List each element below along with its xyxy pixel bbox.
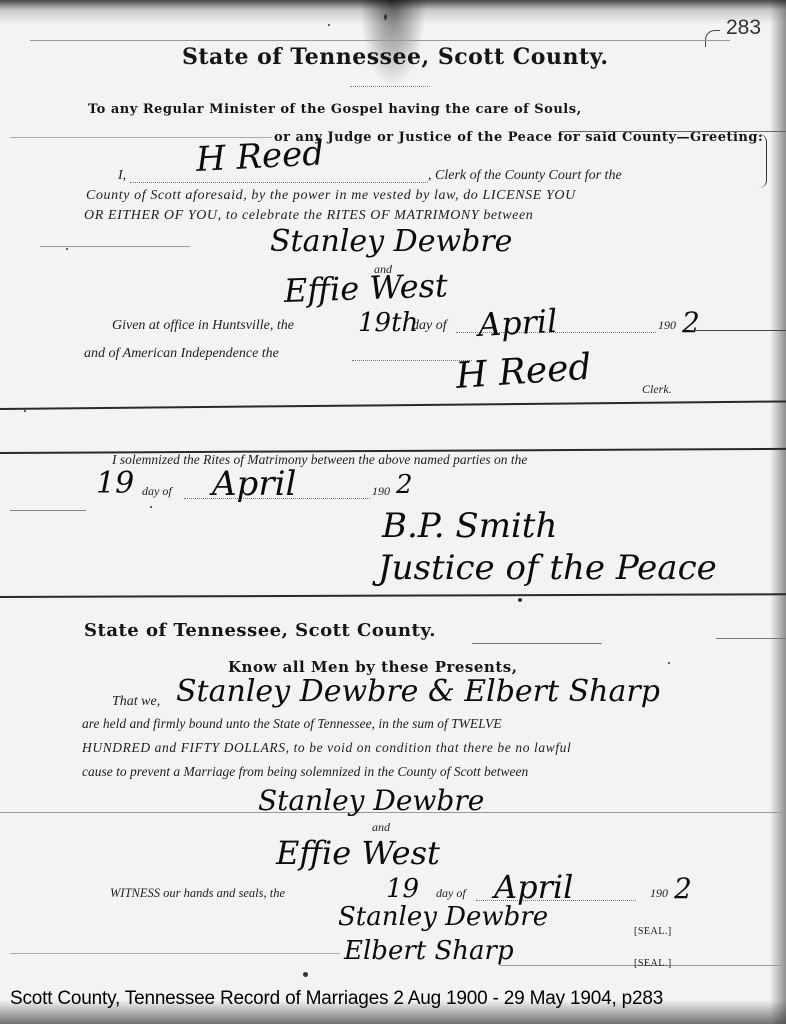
section-divider: [0, 593, 786, 598]
day-of-label: day of: [412, 318, 447, 334]
officiant-handwritten: B.P. Smith: [382, 506, 557, 546]
bond-title: State of Tennessee, Scott County.: [84, 620, 436, 641]
section-divider: [0, 400, 786, 410]
solemnization-year-prefix: 190: [372, 484, 390, 499]
rule: [472, 643, 602, 644]
bride-handwritten: Effie West: [283, 266, 448, 310]
witness-day-handwritten: 19: [386, 874, 419, 904]
bond-line-2: HUNDRED and FIFTY DOLLARS, to be void on…: [82, 740, 571, 756]
witness-prefix: WITNESS our hands and seals, the: [110, 886, 285, 901]
clerk-name-line: [130, 182, 428, 183]
signature-2-handwritten: Elbert Sharp: [344, 936, 514, 966]
rule: [10, 953, 340, 954]
speck: [384, 14, 387, 20]
given-year-prefix: 190: [658, 318, 676, 333]
given-prefix: Given at office in Huntsville, the: [112, 318, 294, 334]
given-month-handwritten: April: [477, 302, 558, 344]
greeting-line-2: or any Judge or Justice of the Peace for…: [274, 130, 763, 145]
marriage-record-page: 283 State of Tennessee, Scott County. To…: [0, 0, 786, 1024]
clerk-prefix: I,: [118, 168, 126, 184]
solemnization-statement: I solemnized the Rites of Matrimony betw…: [112, 452, 527, 468]
bond-line-3: cause to prevent a Marriage from being s…: [82, 764, 528, 780]
clerk-title: Clerk.: [642, 382, 672, 397]
bond-bride-handwritten: Effie West: [276, 834, 440, 872]
rule: [10, 510, 86, 511]
that-we-label: That we,: [112, 694, 160, 710]
groom-handwritten: Stanley Dewbre: [270, 224, 512, 259]
speck: [518, 598, 522, 602]
page-number-mark: [705, 30, 720, 47]
solemnization-year-suffix-handwritten: 2: [396, 470, 413, 500]
officiant-title-handwritten: Justice of the Peace: [378, 548, 717, 588]
witness-month-handwritten: April: [494, 868, 573, 906]
record-caption: Scott County, Tennessee Record of Marria…: [10, 988, 663, 1010]
and-label: and: [372, 820, 390, 835]
clerk-line-2: County of Scott aforesaid, by the power …: [86, 188, 576, 204]
bondsmen-handwritten: Stanley Dewbre & Elbert Sharp: [176, 674, 660, 709]
witness-year-suffix-handwritten: 2: [674, 872, 692, 905]
speck: [66, 248, 68, 250]
rule: [40, 246, 190, 247]
speck: [150, 506, 152, 508]
margin-brace: [758, 134, 767, 188]
title-ornament: [350, 86, 430, 87]
rule: [716, 638, 786, 639]
day-of-label: day of: [436, 886, 466, 901]
license-title: State of Tennessee, Scott County.: [182, 44, 609, 70]
clerk-signature-handwritten: H Reed: [455, 347, 593, 397]
seal-label-1: [SEAL.]: [634, 926, 672, 937]
clerk-name-handwritten: H Reed: [195, 133, 325, 180]
witness-year-prefix: 190: [650, 886, 668, 901]
clerk-line-1-suffix: , Clerk of the County Court for the: [428, 168, 622, 184]
top-rule: [30, 40, 730, 41]
given-day-handwritten: 19th: [358, 308, 418, 338]
greeting-line-1: To any Regular Minister of the Gospel ha…: [88, 102, 582, 117]
given-year-suffix-handwritten: 2: [682, 306, 700, 339]
seal-label-2: [SEAL.]: [634, 958, 672, 969]
speck: [24, 410, 26, 412]
page-number: 283: [726, 16, 761, 40]
rule: [560, 131, 786, 132]
speck: [668, 662, 670, 664]
speck: [328, 24, 330, 26]
clerk-line-3: OR EITHER OF YOU, to celebrate the RITES…: [84, 208, 533, 224]
independence-line: and of American Independence the: [84, 346, 279, 362]
solemnization-month-handwritten: April: [212, 464, 296, 504]
day-of-label: day of: [142, 484, 172, 499]
bond-line-1: are held and firmly bound unto the State…: [82, 716, 502, 732]
solemnization-day-handwritten: 19: [96, 466, 134, 501]
bond-groom-handwritten: Stanley Dewbre: [258, 784, 484, 817]
signature-1-handwritten: Stanley Dewbre: [338, 902, 548, 932]
rule: [690, 330, 786, 331]
speck: [303, 972, 308, 977]
